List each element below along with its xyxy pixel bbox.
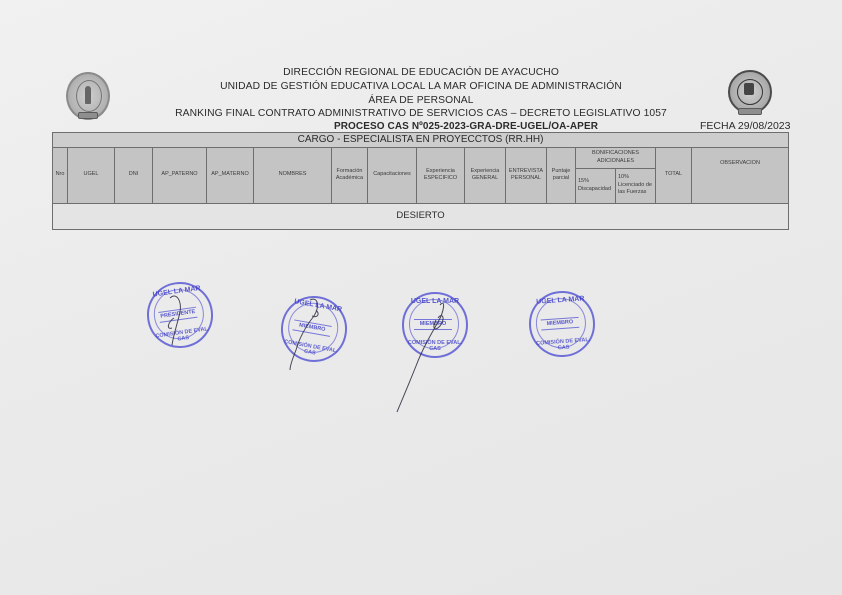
stamp-top-text: UGEL LA MAR [404, 298, 466, 305]
col-formacion: Formación Académica [332, 147, 368, 203]
result-row: DESIERTO [53, 203, 789, 229]
col-bonificaciones: BONIFICACIONES ADICIONALES [576, 147, 656, 168]
header-line-1: DIRECCIÓN REGIONAL DE EDUCACIÓN DE AYACU… [0, 67, 842, 78]
col-bono-fuerzas: 10% Licenciado de las Fuerzas [616, 168, 656, 203]
col-dni: DNI [115, 147, 153, 203]
stamp-bottom-text: COMISIÓN DE EVAL. CAS [404, 340, 466, 352]
col-entrevista: ENTREVISTA PERSONAL [506, 147, 547, 203]
stamp-role: MIEMBRO [414, 319, 452, 330]
col-bono-discapacidad: 15% Discapacidad [576, 168, 616, 203]
col-puntaje-parcial: Puntaje parcial [547, 147, 576, 203]
col-ugel: UGEL [68, 147, 115, 203]
col-ap-paterno: AP_PATERNO [153, 147, 207, 203]
cargo-title: CARGO - ESPECIALISTA EN PROYECCTOS (RR.H… [53, 133, 789, 148]
col-nombres: NOMBRES [254, 147, 332, 203]
stamp-miembro-3: UGEL LA MAR MIEMBRO COMISIÓN DE EVAL. CA… [527, 289, 597, 359]
table-header-row: Nro UGEL DNI AP_PATERNO AP_MATERNO NOMBR… [53, 147, 789, 168]
result-desierto: DESIERTO [53, 203, 789, 229]
ranking-table: CARGO - ESPECIALISTA EN PROYECCTOS (RR.H… [52, 132, 789, 230]
header-line-3: ÁREA DE PERSONAL [0, 95, 842, 106]
col-total: TOTAL [656, 147, 692, 203]
stamp-miembro-2: UGEL LA MAR MIEMBRO COMISIÓN DE EVAL. CA… [402, 292, 468, 358]
col-capacitaciones: Capacitaciones [368, 147, 417, 203]
col-ap-materno: AP_MATERNO [207, 147, 254, 203]
col-exp-especifico: Experiencia ESPECIFICO [417, 147, 465, 203]
col-nro: Nro [53, 147, 68, 203]
col-exp-general: Experiencia GENERAL [465, 147, 506, 203]
cargo-row: CARGO - ESPECIALISTA EN PROYECCTOS (RR.H… [53, 133, 789, 148]
header-line-4: RANKING FINAL CONTRATO ADMINISTRATIVO DE… [0, 108, 842, 119]
col-observacion: OBSERVACION [692, 147, 789, 203]
stamp-miembro-1: UGEL LA MAR MIEMBRO COMISIÓN DE EVAL. CA… [276, 291, 352, 367]
stamp-presidente: UGEL LA MAR PRESIDENTE COMISIÓN DE EVAL.… [143, 278, 218, 353]
document-date: FECHA 29/08/2023 [700, 120, 790, 132]
header-line-2: UNIDAD DE GESTIÓN EDUCATIVA LOCAL LA MAR… [0, 81, 842, 92]
